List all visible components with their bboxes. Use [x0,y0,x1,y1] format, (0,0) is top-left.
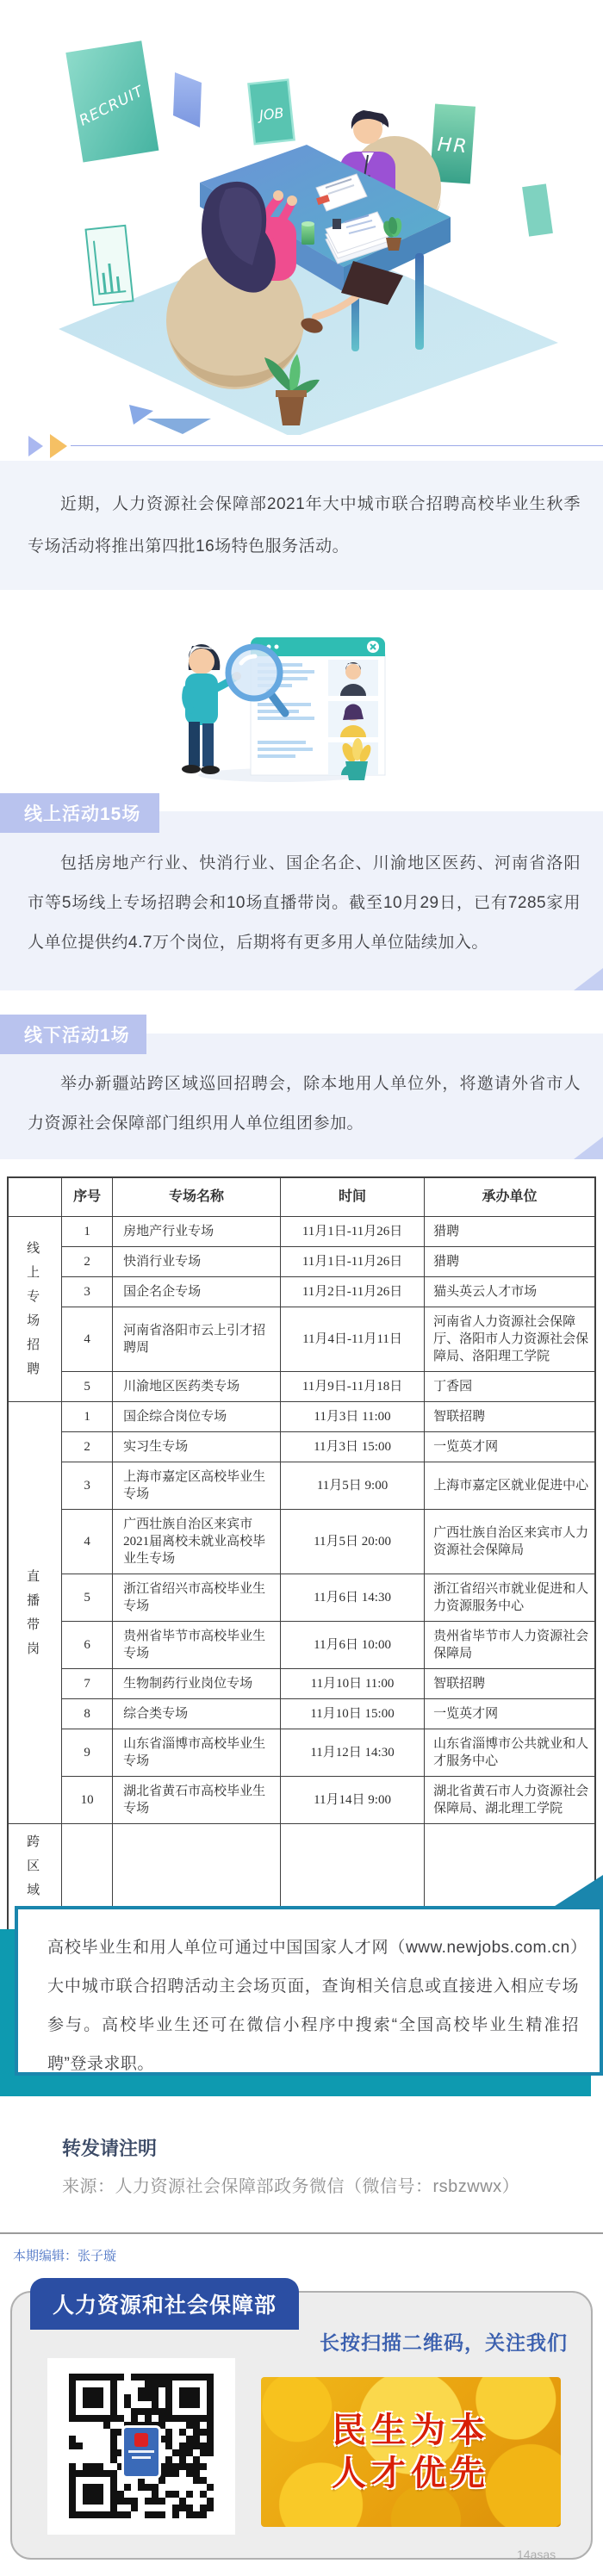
table-row: 6贵州省毕节市高校毕业生专场11月6日 10:00贵州省毕节市人力资源社会保障局 [8,1622,595,1669]
column-header: 专场名称 [113,1177,281,1217]
banner-online-activities: 线上活动15场 [0,793,159,833]
column-header: 时间 [280,1177,424,1217]
notice-text: 高校毕业生和用人单位可通过中国国家人才网（www.newjobs.com.cn）… [18,1909,600,2083]
table-row: 5川渝地区医药类专场11月9日-11月18日丁香园 [8,1372,595,1402]
table-row: 4广西壮族自治区来宾市2021届离校未就业高校毕业生专场11月5日 20:00广… [8,1510,595,1574]
cell-time: 11月4日-11月11日 [280,1307,424,1372]
cell-session-name: 国企名企专场 [113,1277,281,1307]
cell-organizer: 智联招聘 [425,1402,595,1432]
cell-time: 11月6日 10:00 [280,1622,424,1669]
cell-time: 11月3日 15:00 [280,1432,424,1462]
cell-organizer: 猎聘 [425,1217,595,1247]
cell-organizer: 丁香园 [425,1372,595,1402]
cell-index: 3 [62,1277,113,1307]
cell-index: 8 [62,1699,113,1729]
cell-time: 11月5日 9:00 [280,1462,424,1510]
cell-index: 10 [62,1777,113,1824]
cell-time: 11月2日-11月26日 [280,1277,424,1307]
cell-session-name: 河南省洛阳市云上引才招聘周 [113,1307,281,1372]
cell-organizer: 一览英才网 [425,1432,595,1462]
cell-session-name: 广西壮族自治区来宾市2021届离校未就业高校毕业生专场 [113,1510,281,1574]
floor-triangle-accent [129,405,153,425]
cell-session-name: 快消行业专场 [113,1247,281,1277]
hero-interview-illustration: RECRUIT JOB HR [0,0,603,435]
cell-session-name: 房地产行业专场 [113,1217,281,1247]
cell-organizer: 浙江省绍兴市就业促进和人力资源服务中心 [425,1574,595,1622]
cell-organizer: 湖北省黄石市人力资源社会保障局、湖北理工学院 [425,1777,595,1824]
resume-search-illustration [177,593,401,786]
cell-session-name: 湖北省黄石市高校毕业生专场 [113,1777,281,1824]
cell-time: 11月6日 14:30 [280,1574,424,1622]
cell-session-name: 国企综合岗位专场 [113,1402,281,1432]
online-activities-block: 包括房地产行业、快消行业、国企名企、川渝地区医药、河南省洛阳市等5场线上专场招聘… [0,811,603,990]
cell-time: 11月1日-11月26日 [280,1217,424,1247]
emblem-icon [134,2433,148,2447]
cell-session-name: 实习生专场 [113,1432,281,1462]
table-row: 2快消行业专场11月1日-11月26日猎聘 [8,1247,595,1277]
article-page: RECRUIT JOB HR [0,0,603,2576]
footer-org-label: 人力资源和社会保障部 [53,2288,277,2319]
cell-index: 1 [62,1402,113,1432]
sunflower-poster: 民生为本 人才优先 [261,2377,561,2527]
table-row: 10湖北省黄石市高校毕业生专场11月14日 9:00湖北省黄石市人力资源社会保障… [8,1777,595,1824]
banner-offline-activities: 线下活动1场 [0,1015,146,1054]
cell-session-name: 川渝地区医药类专场 [113,1372,281,1402]
poster-slogan-line2: 人才优先 [332,2452,490,2495]
banner-label: 线下活动1场 [24,1021,130,1047]
cell-time: 11月3日 11:00 [280,1402,424,1432]
cell-index: 2 [62,1432,113,1462]
cell-session-name: 山东省淄博市高校毕业生专场 [113,1729,281,1777]
cell-session-name: 上海市嘉定区高校毕业生专场 [113,1462,281,1510]
cell-session-name: 生物制药行业岗位专场 [113,1669,281,1699]
cell-index: 6 [62,1622,113,1669]
divider-rule [0,2232,603,2234]
column-header: 序号 [62,1177,113,1217]
cell-index: 4 [62,1307,113,1372]
table-row: 9山东省淄博市高校毕业生专场11月12日 14:30山东省淄博市公共就业和人才服… [8,1729,595,1777]
cell-time: 11月14日 9:00 [280,1777,424,1824]
teal-tile [522,183,553,236]
online-activities-text: 包括房地产行业、快消行业、国企名企、川渝地区医药、河南省洛阳市等5场线上专场招聘… [0,811,603,963]
qr-center-logo [121,2425,161,2479]
cell-time: 11月1日-11月26日 [280,1247,424,1277]
table-row: 直播带岗1国企综合岗位专场11月3日 11:00智联招聘 [8,1402,595,1432]
cell-index: 2 [62,1247,113,1277]
arrow-icon [28,436,43,456]
avatar-card [328,701,378,737]
cell-index: 7 [62,1669,113,1699]
table-row: 7生物制药行业岗位专场11月10日 11:00智联招聘 [8,1669,595,1699]
cell-time: 11月5日 20:00 [280,1510,424,1574]
table-row: 5浙江省绍兴市高校毕业生专场11月6日 14:30浙江省绍兴市就业促进和人力资源… [8,1574,595,1622]
cell-index: 1 [62,1217,113,1247]
follow-text: 长按扫描二维码，关注我们 [301,2327,586,2356]
svg-text:HR: HR [437,134,469,158]
cell-organizer: 贵州省毕节市人力资源社会保障局 [425,1622,595,1669]
recruit-board: RECRUIT [65,40,161,164]
cell-organizer: 一览英才网 [425,1699,595,1729]
qr-panel [47,2358,235,2535]
banner-label: 线上活动15场 [24,800,140,826]
cell-time: 11月10日 15:00 [280,1699,424,1729]
table-corner-cell [8,1177,62,1217]
cell-session-name: 综合类专场 [113,1699,281,1729]
floor-accent [146,419,211,434]
chart-board [86,226,134,305]
cell-organizer: 山东省淄博市公共就业和人才服务中心 [425,1729,595,1777]
cell-session-name: 浙江省绍兴市高校毕业生专场 [113,1574,281,1622]
avatar-card [328,660,378,696]
cell-organizer: 猫头英云人才市场 [425,1277,595,1307]
blue-tile [173,72,202,127]
section-divider-line [71,445,603,446]
cell-organizer: 猎聘 [425,1247,595,1277]
notice-box: 高校毕业生和用人单位可通过中国国家人才网（www.newjobs.com.cn）… [15,1906,603,2076]
cell-organizer: 广西壮族自治区来宾市人力资源社会保障局 [425,1510,595,1574]
table-row: 线上专场招聘1房地产行业专场11月1日-11月26日猎聘 [8,1217,595,1247]
svg-text:JOB: JOB [256,104,284,123]
watermark: 14asas [517,2548,556,2561]
green-cup [301,221,314,245]
table-row: 4河南省洛阳市云上引才招聘周11月4日-11月11日河南省人力资源社会保障厅、洛… [8,1307,595,1372]
editor-credit: 本期编辑：张子璇 [13,2246,116,2264]
poster-slogan-line1: 民生为本 [332,2409,490,2452]
cell-session-name: 贵州省毕节市高校毕业生专场 [113,1622,281,1669]
group-label: 线上专场招聘 [8,1217,62,1402]
cell-index: 5 [62,1574,113,1622]
cell-time: 11月10日 11:00 [280,1669,424,1699]
arrow-icon [50,434,67,458]
footer-org-tab: 人力资源和社会保障部 [30,2278,299,2330]
cell-organizer: 上海市嘉定区就业促进中心 [425,1462,595,1510]
table-row: 3国企名企专场11月2日-11月26日猫头英云人才市场 [8,1277,595,1307]
cell-index: 3 [62,1462,113,1510]
cell-index: 5 [62,1372,113,1402]
cell-organizer: 河南省人力资源社会保障厅、洛阳市人力资源社会保障局、洛阳理工学院 [425,1307,595,1372]
cell-organizer: 智联招聘 [425,1669,595,1699]
intro-text: 近期，人力资源社会保障部2021年大中城市联合招聘高校毕业生秋季专场活动将推出第… [0,461,603,568]
share-source: 来源：人力资源社会保障部政务微信（微信号：rsbzwwx） [62,2172,519,2197]
cell-index: 9 [62,1729,113,1777]
table-row: 8综合类专场11月10日 15:00一览英才网 [8,1699,595,1729]
cell-time: 11月9日-11月18日 [280,1372,424,1402]
intro-block: 近期，人力资源社会保障部2021年大中城市联合招聘高校毕业生秋季专场活动将推出第… [0,461,603,590]
cell-time: 11月12日 14:30 [280,1729,424,1777]
corner-notch [574,968,603,990]
table-row: 3上海市嘉定区高校毕业生专场11月5日 9:00上海市嘉定区就业促进中心 [8,1462,595,1510]
table-row: 2实习生专场11月3日 15:00一览英才网 [8,1432,595,1462]
column-header: 承办单位 [425,1177,595,1217]
share-title: 转发请注明 [62,2134,157,2161]
group-label: 直播带岗 [8,1402,62,1824]
schedule-table: 序号专场名称时间承办单位线上专场招聘1房地产行业专场11月1日-11月26日猎聘… [7,1176,596,2031]
cell-index: 4 [62,1510,113,1574]
job-board: JOB [248,80,294,144]
